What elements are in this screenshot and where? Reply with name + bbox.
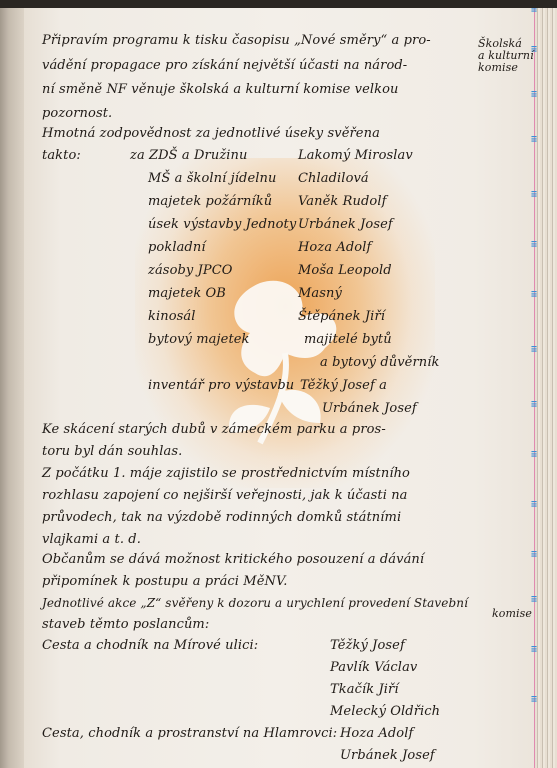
stitch-icon: ≡: [528, 243, 540, 261]
responsibility-area: za ZDŠ a Družinu: [130, 148, 247, 163]
text-line: staveb těmto poslancům:: [42, 617, 209, 632]
text-line: průvodech, tak na výzdobě rodinných domk…: [42, 510, 401, 525]
responsibility-person: Urbánek Josef: [298, 217, 393, 232]
text-line: ní směně NF věnuje školská a kulturní ko…: [42, 82, 399, 97]
stitch-icon: ≡: [528, 648, 540, 666]
responsibility-area: majetek OB: [148, 286, 226, 301]
stitch-icon: ≡: [528, 453, 540, 471]
responsibility-person: a bytový důvěrník: [320, 355, 439, 370]
stitch-icon: ≡: [528, 503, 540, 521]
text-line: takto:: [42, 148, 81, 163]
text-line: Připravím programu k tisku časopisu „Nov…: [42, 33, 431, 48]
responsibility-person: Lakomý Miroslav: [298, 148, 413, 163]
responsibility-person: Moša Leopold: [298, 263, 392, 278]
text-line: Občanům se dává možnost kritického posou…: [42, 552, 424, 567]
assignment-person: Těžký Josef: [330, 638, 405, 653]
stitch-icon: ≡: [528, 138, 540, 156]
stitch-icon: ≡: [528, 553, 540, 571]
responsibility-person: Štěpánek Jiří: [298, 309, 385, 324]
assignment-person: Tkačík Jiří: [330, 682, 399, 697]
responsibility-person: Vaněk Rudolf: [298, 194, 387, 209]
assignment-person: Hoza Adolf: [340, 726, 413, 741]
responsibility-person: Těžký Josef a: [300, 378, 387, 393]
text-line: rozhlasu zapojení co nejširší veřejnosti…: [42, 488, 408, 503]
stitch-icon: ≡: [528, 403, 540, 421]
stitch-icon: ≡: [528, 348, 540, 366]
stitch-icon: ≡: [528, 193, 540, 211]
responsibility-area: bytový majetek: [148, 332, 250, 347]
responsibility-person: Chladilová: [298, 171, 369, 186]
text-line: toru byl dán souhlas.: [42, 444, 182, 459]
text-line: připomínek k postupu a práci MěNV.: [42, 574, 287, 589]
responsibility-person: Masný: [298, 286, 342, 301]
responsibility-area: MŠ a školní jídelnu: [148, 171, 276, 186]
stitch-icon: ≡: [528, 293, 540, 311]
responsibility-area: inventář pro výstavbu: [148, 378, 294, 393]
responsibility-area: pokladní: [148, 240, 206, 255]
assignment-person: Pavlík Václav: [330, 660, 417, 675]
stitch-icon: ≡: [528, 8, 540, 26]
page-binding-shadow: [0, 8, 24, 768]
responsibility-person: Urbánek Josef: [322, 401, 417, 416]
text-line: vlajkami a t. d.: [42, 532, 141, 547]
margin-note: komise: [478, 62, 518, 73]
text-line: vádění propagace pro získání největší úč…: [42, 58, 407, 73]
margin-note: Školská: [478, 38, 522, 49]
responsibility-person: Hoza Adolf: [298, 240, 371, 255]
notebook-page: ≡ ≡ ≡ ≡ ≡ ≡ ≡ ≡ ≡ ≡ ≡ ≡ ≡ ≡ ≡ Připravím …: [0, 8, 557, 768]
stitch-icon: ≡: [528, 93, 540, 111]
assignment-task: Cesta a chodník na Mírové ulici:: [42, 638, 258, 653]
text-line: Ke skácení starých dubů v zámeckém parku…: [42, 422, 386, 437]
text-line: Hmotná zodpovědnost za jednotlivé úseky …: [42, 126, 380, 141]
responsibility-area: zásoby JPCO: [148, 263, 233, 278]
margin-note: komise: [492, 608, 532, 619]
text-line: Jednotlivé akce „Z“ svěřeny k dozoru a u…: [42, 596, 468, 610]
text-line: Z počátku 1. máje zajistilo se prostředn…: [42, 466, 410, 481]
text-line: pozornost.: [42, 106, 112, 121]
stitch-icon: ≡: [528, 698, 540, 716]
assignment-task: Cesta, chodník a prostranství na Hlamrov…: [42, 726, 337, 741]
margin-note: a kulturní: [478, 50, 534, 61]
responsibility-area: kinosál: [148, 309, 196, 324]
assignment-person: Melecký Oldřich: [330, 704, 440, 719]
assignment-person: Urbánek Josef: [340, 748, 435, 763]
responsibility-person: majitelé bytů: [304, 332, 392, 347]
responsibility-area: majetek požárníků: [148, 194, 272, 209]
responsibility-area: úsek výstavby Jednoty: [148, 217, 296, 232]
